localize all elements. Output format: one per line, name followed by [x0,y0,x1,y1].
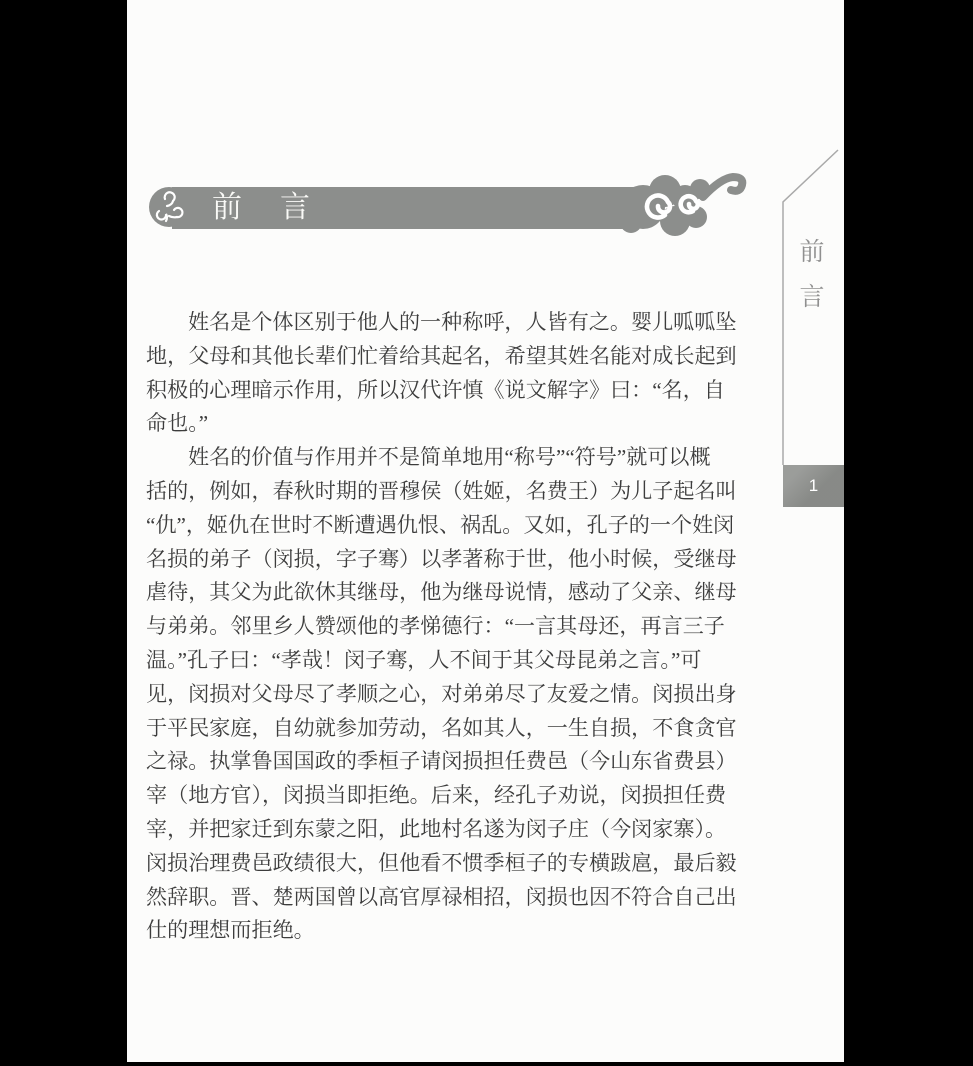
paragraph: 姓名的价值与作用并不是简单地用“称号”“符号”就可以概括的，例如，春秋时期的晋穆… [146,441,746,948]
text-line: 虐待，其父为此欲休其继母，他为继母说情，感动了父亲、继母 [146,576,746,610]
body-text: 姓名是个体区别于他人的一种称呼，人皆有之。婴儿呱呱坠地，父母和其他长辈们忙着给其… [146,306,746,948]
text-line: 姓名的价值与作用并不是简单地用“称号”“符号”就可以概 [146,441,746,475]
text-line: 宰，并把家迁到东蒙之阳，此地村名遂为闵子庄（今闵家寨）。 [146,813,746,847]
spiral-medallion-icon [148,183,196,231]
text-line: 见，闵损对父母尽了孝顺之心，对弟弟尽了友爱之情。闵损出身 [146,678,746,712]
paragraph: 姓名是个体区别于他人的一种称呼，人皆有之。婴儿呱呱坠地，父母和其他长辈们忙着给其… [146,306,746,441]
page-number-tab: 1 [783,465,844,507]
text-line: 之禄。执掌鲁国国政的季桓子请闵损担任费邑（今山东省费县） [146,745,746,779]
side-tab-label: 前 言 [798,240,826,330]
text-line: 与弟弟。邻里乡人赞颂他的孝悌德行：“一言其母还，再言三子 [146,610,746,644]
text-line: 闵损治理费邑政绩很大，但他看不惯季桓子的专横跋扈，最后毅 [146,847,746,881]
ruyi-cloud-icon [613,165,748,251]
side-tab: 前 言 1 [770,140,860,520]
text-line: 积极的心理暗示作用，所以汉代许慎《说文解字》曰：“名，自 [146,374,746,408]
left-black-margin [0,0,127,1066]
chapter-banner: 前 言 [148,163,752,253]
side-tab-char-2: 言 [798,285,826,310]
text-line: 宰（地方官），闵损当即拒绝。后来，经孔子劝说，闵损担任费 [146,779,746,813]
scanned-book-page: 前 言 [0,0,973,1066]
text-line: 温。”孔子曰：“孝哉！闵子骞，人不间于其父母昆弟之言。”可 [146,644,746,678]
text-line: 于平民家庭，自幼就参加劳动，名如其人，一生自损，不食贪官 [146,712,746,746]
text-line: 仕的理想而拒绝。 [146,914,746,948]
text-line: 姓名是个体区别于他人的一种称呼，人皆有之。婴儿呱呱坠 [146,306,746,340]
chapter-title: 前 言 [212,187,314,229]
text-line: 名损的弟子（闵损，字子骞）以孝著称于世，他小时候，受继母 [146,543,746,577]
bottom-black-edge [0,1062,973,1066]
text-line: “仇”，姬仇在世时不断遭遇仇恨、祸乱。又如，孔子的一个姓闵 [146,509,746,543]
text-line: 命也。” [146,407,746,441]
page-number: 1 [809,476,818,495]
right-black-margin [844,0,973,1066]
text-line: 然辞职。晋、楚两国曾以高官厚禄相招，闵损也因不符合自己出 [146,881,746,915]
text-line: 括的，例如，春秋时期的晋穆侯（姓姬，名费王）为儿子起名叫 [146,475,746,509]
tab-outline [770,140,860,520]
side-tab-char-1: 前 [798,240,826,265]
text-line: 地，父母和其他长辈们忙着给其起名，希望其姓名能对成长起到 [146,340,746,374]
banner-bar: 前 言 [172,187,638,229]
